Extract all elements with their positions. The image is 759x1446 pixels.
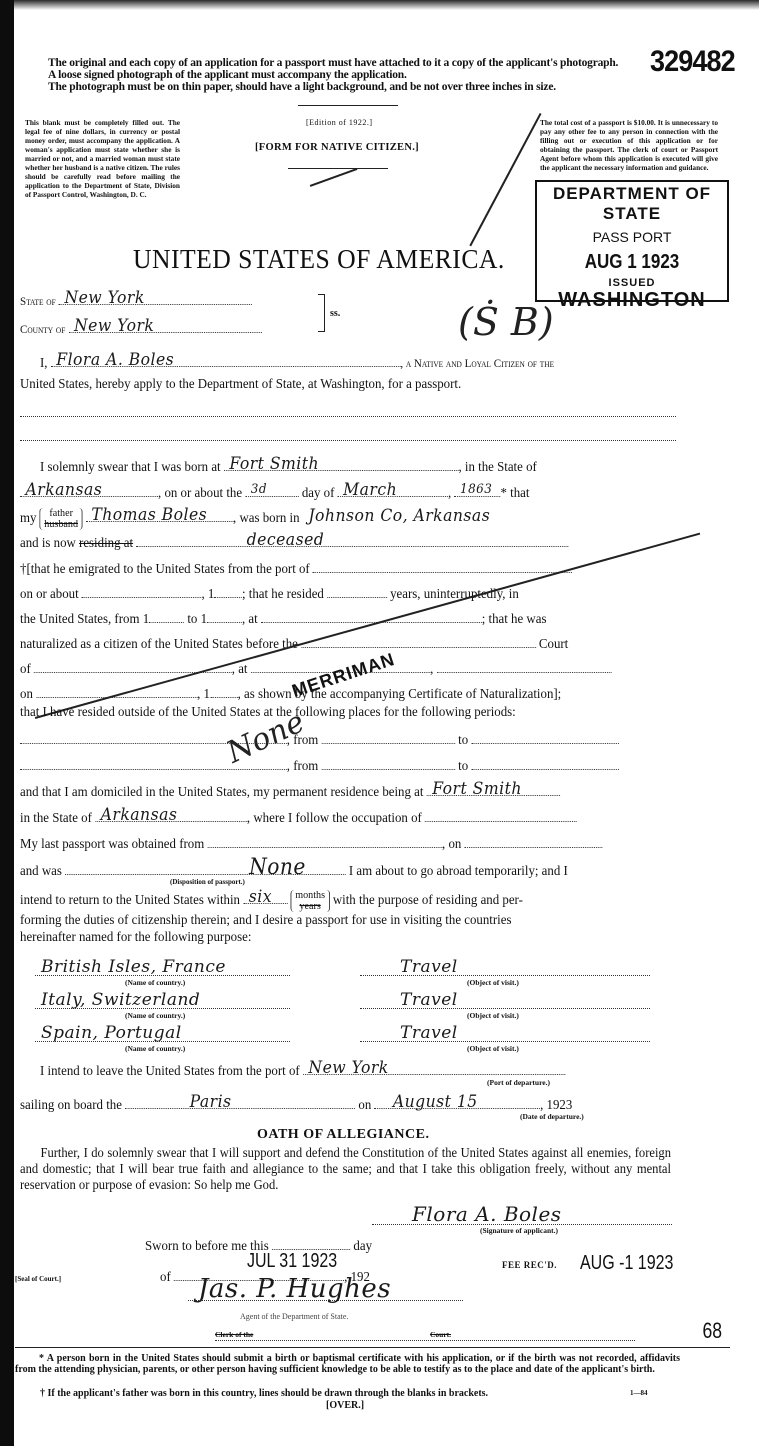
birth-year-value: 1863 xyxy=(460,482,492,498)
right-instructions: The total cost of a passport is $10.00. … xyxy=(540,118,718,172)
agent-caption: Agent of the Department of State. xyxy=(240,1312,348,1321)
nat-text-6c: , as shown by the accompanying Certifica… xyxy=(238,687,562,702)
footer-divider xyxy=(15,1347,730,1348)
clerk-line: Clerk of the Court. xyxy=(215,1330,635,1341)
country-row: Italy, Switzerland Travel (Name of count… xyxy=(35,990,670,1023)
nat-text-6a: on xyxy=(20,687,33,702)
of-text: of xyxy=(160,1270,171,1285)
on-text: on xyxy=(358,1098,371,1113)
country-caption: (Name of country.) xyxy=(125,978,185,987)
page-number: 68 xyxy=(702,1318,722,1344)
domicile-text-3: , where I follow the occupation of xyxy=(247,811,422,826)
birth-text-4: day of xyxy=(302,486,335,501)
nat-text-5b: , at xyxy=(232,662,248,677)
abroad-to-label-2: to xyxy=(458,759,468,774)
agent-signature-field[interactable]: Jas. P. Hughes xyxy=(188,1300,463,1301)
object-field-3[interactable]: Travel xyxy=(360,1029,650,1042)
scan-border-left xyxy=(0,0,14,1446)
county-row: County of New York xyxy=(20,320,262,338)
state-field[interactable]: New York xyxy=(59,292,252,305)
abroad-from-2[interactable] xyxy=(322,757,455,770)
serial-number: 329482 xyxy=(650,45,735,79)
residence-abroad-row-2: , from to xyxy=(20,757,619,775)
return-text-1: intend to return to the United States wi… xyxy=(20,893,240,908)
nat-row-3: the United States, from 1 to 1, at ; tha… xyxy=(20,610,546,628)
country-field-2[interactable]: Italy, Switzerland xyxy=(35,996,290,1009)
domicile-text-1: and that I am domiciled in the United St… xyxy=(20,785,423,800)
my-text: my xyxy=(20,511,36,526)
residence-value: Fort Smith xyxy=(432,781,522,797)
citizen-text: , a Native and Loyal Citizen of the xyxy=(400,356,554,370)
country-value-2: Italy, Switzerland xyxy=(41,990,200,1010)
nat-text-3c: , at xyxy=(242,612,258,627)
birth-day-field[interactable]: 3d xyxy=(245,484,298,497)
birthplace-value: Fort Smith xyxy=(229,456,319,472)
state-value: New York xyxy=(64,290,144,306)
countries-list: British Isles, France Travel (Name of co… xyxy=(35,957,670,1056)
applicant-name-field[interactable]: Flora A. Boles xyxy=(51,354,401,367)
nat-text-4a: naturalized as a citizen of the United S… xyxy=(20,637,298,652)
unit-bracket: monthsyears xyxy=(291,890,330,912)
birth-month-field[interactable]: March xyxy=(338,484,448,497)
nat-to-field[interactable] xyxy=(207,610,242,623)
birth-row-1: I solemnly swear that I was born at Fort… xyxy=(40,458,537,476)
disposition-row: and was None I am about to go abroad tem… xyxy=(20,862,568,880)
now-text: and is now xyxy=(20,536,76,551)
fee-date-stamp: AUG -1 1923 xyxy=(580,1252,673,1275)
pen-check-mark xyxy=(310,168,357,187)
nat-row-2: on or about , 1; that he resided years, … xyxy=(20,585,519,603)
country-value-3: Spain, Portugal xyxy=(41,1023,182,1043)
return-duration-value: six xyxy=(249,889,272,905)
seal-label: [Seal of Court.] xyxy=(15,1275,61,1283)
return-text-2: with the purpose of residing and per- xyxy=(333,893,523,908)
abroad-to-label-1: to xyxy=(458,733,468,748)
state-row: State of New York xyxy=(20,292,252,310)
state-label: State of xyxy=(20,294,56,308)
object-caption: (Object of visit.) xyxy=(467,1011,519,1020)
residence-abroad-row-1: , from to xyxy=(20,731,619,749)
domicile-row-1: and that I am domiciled in the United St… xyxy=(20,783,560,801)
object-field-1[interactable]: Travel xyxy=(360,963,650,976)
birth-day-value: 3d xyxy=(251,482,267,498)
nat-date-field[interactable] xyxy=(82,585,202,598)
nat-text-2c: ; that he resided xyxy=(242,587,324,602)
and-was-text: and was xyxy=(20,864,62,879)
ship-field[interactable]: Paris xyxy=(125,1096,355,1109)
ship-value: Paris xyxy=(190,1094,232,1110)
nat-text-5a: of xyxy=(20,662,31,677)
day-text: day xyxy=(353,1239,372,1254)
departure-year: , 1923 xyxy=(540,1098,572,1113)
nat-text-2a: on or about xyxy=(20,587,79,602)
court-caption: Court. xyxy=(430,1330,451,1339)
object-caption: (Object of visit.) xyxy=(467,978,519,987)
applicant-signature-field[interactable]: Flora A. Boles xyxy=(372,1210,672,1225)
last-passport-on: , on xyxy=(442,837,461,852)
oath-title: OATH OF ALLEGIANCE. xyxy=(257,1127,429,1143)
stamp-department: DEPARTMENT OF STATE xyxy=(537,184,727,224)
clerk-caption: Clerk of the xyxy=(215,1330,253,1339)
domicile-state-field[interactable]: Arkansas xyxy=(95,809,247,822)
footnote-birth-certificate: * A person born in the United States sho… xyxy=(15,1353,680,1375)
return-duration-field[interactable]: six xyxy=(243,891,287,904)
abroad-text: I am about to go abroad temporarily; and… xyxy=(349,864,568,879)
date-caption: (Date of departure.) xyxy=(520,1112,584,1121)
over-label: [OVER.] xyxy=(326,1400,364,1411)
nat-court-field[interactable] xyxy=(301,635,536,648)
father-status-field[interactable]: deceased xyxy=(136,534,568,547)
pen-slash-mark xyxy=(469,113,541,246)
nat-at-field[interactable] xyxy=(261,610,482,623)
country-caption: (Name of country.) xyxy=(125,1011,185,1020)
unit-years-struck: years xyxy=(299,900,320,912)
passport-issued-stamp: DEPARTMENT OF STATE PASS PORT AUG 1 1923… xyxy=(535,180,729,302)
last-passport-from-field[interactable] xyxy=(207,835,442,848)
relation-bracket: father husband xyxy=(40,508,83,530)
document-title: UNITED STATES OF AMERICA. xyxy=(133,244,505,275)
disposition-caption: (Disposition of passport.) xyxy=(170,878,245,886)
nat-state-field[interactable] xyxy=(437,660,612,673)
domicile-state-value: Arkansas xyxy=(101,807,178,823)
applicant-prefix: I, xyxy=(40,356,48,371)
applicant-row: I, Flora A. Boles, a Native and Loyal Ci… xyxy=(40,354,554,372)
father-birthplace-value: Johnson Co, Arkansas xyxy=(308,508,490,524)
abroad-to-2[interactable] xyxy=(471,757,618,770)
country-field-1[interactable]: British Isles, France xyxy=(35,963,290,976)
departure-port-field[interactable]: New York xyxy=(303,1062,565,1075)
father-row: my father husband Thomas Boles, was born… xyxy=(20,508,496,530)
birth-state-value: Arkansas xyxy=(26,482,103,498)
edition-label: [Edition of 1922.] xyxy=(306,118,373,127)
nat-from-field[interactable] xyxy=(149,610,184,623)
father-status-value: deceased xyxy=(247,532,325,548)
county-value: New York xyxy=(74,318,154,334)
county-field[interactable]: New York xyxy=(69,320,262,333)
country-row: Spain, Portugal Travel (Name of country.… xyxy=(35,1023,670,1056)
object-value-3: Travel xyxy=(400,1023,458,1043)
country-value-1: British Isles, France xyxy=(41,957,226,977)
residing-struck: residing at xyxy=(79,536,133,551)
nat-text-6b: , 1 xyxy=(197,687,210,702)
nat-on-year-field[interactable] xyxy=(210,685,238,698)
blank-line-1 xyxy=(20,416,676,417)
birth-state-field[interactable]: Arkansas xyxy=(20,484,158,497)
birth-text-1: I solemnly swear that I was born at xyxy=(40,460,221,475)
birth-text-5: * that xyxy=(500,486,529,501)
country-caption: (Name of country.) xyxy=(125,1044,185,1053)
scan-border-top xyxy=(0,0,759,10)
born-in-text: , was born in xyxy=(233,511,300,526)
sailing-text: sailing on board the xyxy=(20,1098,122,1113)
disposition-field[interactable]: None xyxy=(65,862,346,875)
port-caption: (Port of departure.) xyxy=(487,1078,550,1087)
nat-row-1: †[that he emigrated to the United States… xyxy=(20,560,572,578)
object-value-2: Travel xyxy=(400,990,458,1010)
father-name-value: Thomas Boles xyxy=(91,507,207,523)
return-text-4: hereinafter named for the following purp… xyxy=(20,930,251,946)
domicile-row-2: in the State of Arkansas, where I follow… xyxy=(20,809,577,827)
departure-date-field[interactable]: August 15 xyxy=(374,1096,540,1109)
venue-bracket xyxy=(318,294,325,332)
stamp-washington: WASHINGTON xyxy=(537,289,727,312)
applicant-name: Flora A. Boles xyxy=(56,352,174,368)
nat-text-1: †[that he emigrated to the United States… xyxy=(20,562,310,577)
signature-caption: (Signature of applicant.) xyxy=(480,1226,558,1235)
country-row: British Isles, France Travel (Name of co… xyxy=(35,957,670,990)
occupation-field[interactable] xyxy=(425,809,577,822)
birthplace-field[interactable]: Fort Smith xyxy=(224,458,459,471)
relation-husband-struck: husband xyxy=(44,518,78,530)
object-value-1: Travel xyxy=(400,957,458,977)
abroad-from-label-2: , from xyxy=(287,759,318,774)
father-birthplace-field[interactable]: Johnson Co, Arkansas xyxy=(303,510,496,522)
nat-text-3d: ; that he was xyxy=(482,612,547,627)
left-instructions: This blank must be completely filled out… xyxy=(25,118,180,199)
object-field-2[interactable]: Travel xyxy=(360,996,650,1009)
header-divider xyxy=(298,105,398,106)
oath-text: Further, I do solemnly swear that I will… xyxy=(20,1145,671,1193)
nat-text-4b: Court xyxy=(539,637,568,652)
form-type-divider xyxy=(288,168,388,169)
nat-text-3a: the United States, from 1 xyxy=(20,612,149,627)
departure-date-value: August 15 xyxy=(393,1094,478,1110)
birth-row-2: Arkansas, on or about the 3d day of Marc… xyxy=(20,484,529,502)
object-caption: (Object of visit.) xyxy=(467,1044,519,1053)
last-passport-date-field[interactable] xyxy=(465,835,603,848)
initials-mark: (Ṡ B) xyxy=(458,300,554,344)
birth-month-value: March xyxy=(343,482,397,498)
header-notice-line-2: A loose signed photograph of the applica… xyxy=(48,69,407,81)
form-code: 1—84 xyxy=(630,1388,648,1399)
nat-years-field[interactable] xyxy=(327,585,387,598)
birth-year-field[interactable]: 1863 xyxy=(454,484,500,497)
stamp-date: AUG 1 1923 xyxy=(551,251,713,274)
blank-line-2 xyxy=(20,440,676,441)
applicant-signature: Flora A. Boles xyxy=(412,1202,562,1226)
departure-port-value: New York xyxy=(308,1060,388,1076)
sailing-row: sailing on board the Paris on August 15,… xyxy=(20,1096,572,1114)
header-notice-line-1: The original and each copy of an applica… xyxy=(48,57,618,69)
abroad-to-1[interactable] xyxy=(471,731,618,744)
nat-on-field[interactable] xyxy=(36,685,197,698)
stamp-issued: ISSUED xyxy=(537,277,727,289)
form-type-label: [FORM FOR NATIVE CITIZEN.] xyxy=(255,142,419,153)
return-row: intend to return to the United States wi… xyxy=(20,890,523,912)
ss-label: ss. xyxy=(330,308,340,319)
county-label: County of xyxy=(20,322,65,336)
residence-field[interactable]: Fort Smith xyxy=(427,783,560,796)
stamp-passport: PASS PORT xyxy=(537,229,727,245)
nat-year-field[interactable] xyxy=(214,585,242,598)
departure-text-1: I intend to leave the United States from… xyxy=(40,1064,300,1079)
last-passport-text: My last passport was obtained from xyxy=(20,837,204,852)
last-passport-row: My last passport was obtained from , on xyxy=(20,835,603,853)
birth-text-3: , on or about the xyxy=(158,486,242,501)
nat-text-2b: , 1 xyxy=(201,587,214,602)
disposition-value: None xyxy=(249,860,306,876)
apply-text: United States, hereby apply to the Depar… xyxy=(20,377,461,393)
father-status-row: and is now residing at deceased xyxy=(20,534,569,552)
nat-port-field[interactable] xyxy=(313,560,572,573)
sworn-day-field[interactable] xyxy=(272,1237,350,1250)
birth-text-2: , in the State of xyxy=(458,460,536,475)
abroad-from-1[interactable] xyxy=(322,731,455,744)
agent-signature: Jas. P. Hughes xyxy=(198,1274,391,1304)
father-name-field[interactable]: Thomas Boles xyxy=(86,509,233,522)
return-text-3: forming the duties of citizenship therei… xyxy=(20,913,511,929)
fee-label: FEE REC'D. xyxy=(502,1260,557,1270)
nat-text-3b: to 1 xyxy=(187,612,207,627)
domicile-text-2: in the State of xyxy=(20,811,92,826)
header-notice-line-3: The photograph must be on thin paper, sh… xyxy=(48,81,648,93)
footnote-father: † If the applicant's father was born in … xyxy=(40,1388,488,1399)
country-field-3[interactable]: Spain, Portugal xyxy=(35,1029,290,1042)
